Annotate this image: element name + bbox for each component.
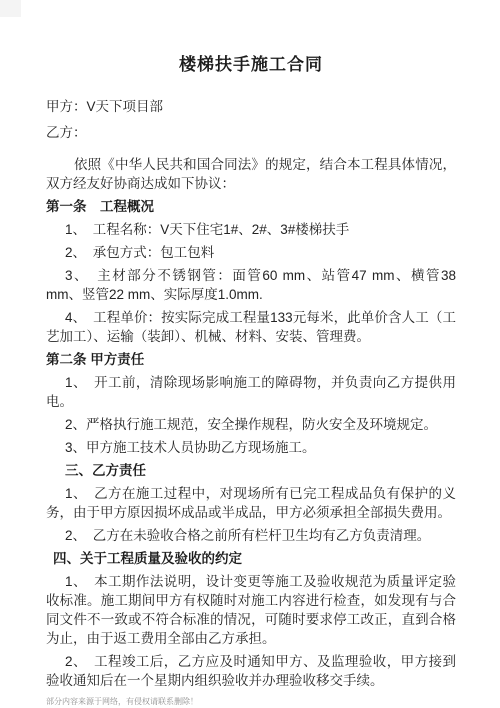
section-1-item-4: 4、 工程单价：按实际完成工程量133元每米，此单价含人工（工艺加工）、运输（装… — [46, 308, 456, 346]
party-b-line: 乙方： — [46, 123, 456, 142]
scan-corner-artifact — [0, 0, 21, 17]
intro-paragraph: 依照《中华人民共和国合同法》的规定，结合本工程具体情况，双方经友好协商达成如下协… — [46, 155, 456, 193]
party-a-line: 甲方：V天下项目部 — [46, 97, 456, 116]
section-3-item-1: 1、 乙方在施工过程中，对现场所有已完工程成品负有保护的义务，由于甲方原因损坏成… — [46, 484, 456, 522]
section-1-heading: 第一条 工程概况 — [46, 197, 456, 216]
section-2-item-3: 3、甲方施工技术人员协助乙方现场施工。 — [46, 438, 456, 457]
section-4-item-2: 2、 工程竣工后，乙方应及时通知甲方、及监理验收，甲方接到验收通知后在一个星期内… — [46, 652, 456, 690]
section-1-item-1: 1、 工程名称：V天下住宅1#、2#、3#楼梯扶手 — [46, 220, 456, 239]
section-3-item-2: 2、 乙方在未验收合格之前所有栏杆卫生均有乙方负责清理。 — [46, 526, 456, 545]
section-1-item-2: 2、 承包方式：包工包料 — [46, 243, 456, 262]
section-4-heading: 四、关于工程质量及验收的约定 — [46, 549, 456, 568]
section-4-item-1: 1、 本工期作法说明，设计变更等施工及验收规范为质量评定验收标准。施工期间甲方有… — [46, 572, 456, 648]
contract-document-page: 楼梯扶手施工合同 甲方：V天下项目部 乙方： 依照《中华人民共和国合同法》的规定… — [0, 0, 500, 708]
document-content: 楼梯扶手施工合同 甲方：V天下项目部 乙方： 依照《中华人民共和国合同法》的规定… — [46, 0, 456, 708]
section-2-item-2: 2、严格执行施工规范，安全操作规程，防火安全及环境规定。 — [46, 415, 456, 434]
footer-disclaimer: 部分内容来源于网络，有侵权请联系删除！ — [46, 696, 456, 707]
document-title: 楼梯扶手施工合同 — [46, 50, 456, 75]
section-2-item-1: 1、 开工前，清除现场影响施工的障碍物，并负责向乙方提供用电。 — [46, 373, 456, 411]
section-1-item-3: 3、 主材部分不锈钢管：面管60 mm、站管47 mm、横管38 mm、竖管22… — [46, 266, 456, 304]
section-2-heading: 第二条 甲方责任 — [46, 350, 456, 369]
section-3-heading: 三、乙方责任 — [46, 461, 456, 480]
